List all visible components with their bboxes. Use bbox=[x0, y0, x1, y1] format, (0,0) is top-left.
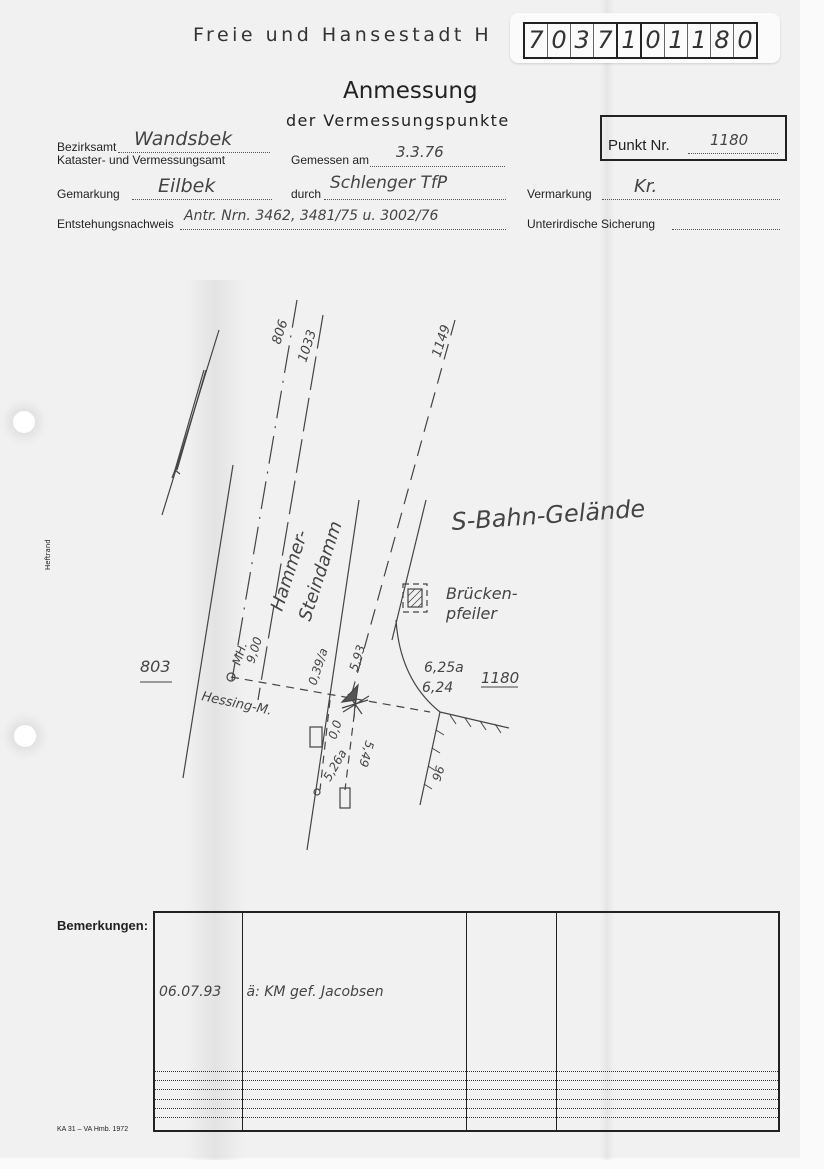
svg-text:1033: 1033 bbox=[296, 328, 320, 364]
svg-text:1180: 1180 bbox=[481, 669, 519, 687]
svg-text:6,25a: 6,25a bbox=[424, 660, 464, 676]
svg-text:Hessing-M.: Hessing-M. bbox=[200, 689, 273, 719]
remarks-cell bbox=[556, 1081, 779, 1090]
svg-text:0,0: 0,0 bbox=[326, 718, 345, 741]
remarks-row: 06.07.93ä: KM gef. Jacobsen bbox=[154, 912, 779, 1072]
remarks-cell bbox=[154, 1090, 242, 1099]
remarks-cell bbox=[154, 1117, 242, 1131]
remarks-cell bbox=[556, 1072, 779, 1081]
remarks-label: Bemerkungen: bbox=[57, 918, 148, 933]
remarks-cell: 06.07.93 bbox=[154, 912, 242, 1072]
remarks-row bbox=[154, 1090, 779, 1099]
svg-text:806: 806 bbox=[270, 318, 292, 346]
remarks-cell bbox=[242, 1108, 466, 1117]
svg-text:1149: 1149 bbox=[430, 323, 454, 359]
svg-text:6,24: 6,24 bbox=[422, 680, 453, 696]
form-id: KA 31 – VA Hmb. 1972 bbox=[57, 1126, 128, 1133]
svg-text:5,93: 5,93 bbox=[347, 643, 369, 673]
remarks-cell bbox=[556, 912, 779, 1072]
remarks-cell bbox=[154, 1108, 242, 1117]
remarks-cell bbox=[556, 1117, 779, 1131]
remarks-cell bbox=[154, 1081, 242, 1090]
remarks-cell bbox=[466, 1108, 556, 1117]
svg-text:S-Bahn-Gelände: S-Bahn-Gelände bbox=[450, 495, 646, 536]
remarks-cell: ä: KM gef. Jacobsen bbox=[242, 912, 466, 1072]
remarks-cell bbox=[242, 1072, 466, 1081]
remarks-cell bbox=[242, 1117, 466, 1131]
svg-text:9,00: 9,00 bbox=[244, 635, 266, 665]
remarks-row bbox=[154, 1099, 779, 1108]
remarks-row bbox=[154, 1108, 779, 1117]
remarks-cell bbox=[556, 1090, 779, 1099]
remarks-cell bbox=[242, 1081, 466, 1090]
remarks-row bbox=[154, 1117, 779, 1131]
svg-text:5,49: 5,49 bbox=[356, 739, 376, 768]
remarks-cell bbox=[466, 1117, 556, 1131]
remarks-table: 06.07.93ä: KM gef. Jacobsen bbox=[153, 911, 780, 1132]
remarks-cell bbox=[466, 1090, 556, 1099]
remarks-row bbox=[154, 1072, 779, 1081]
remarks-cell bbox=[466, 1072, 556, 1081]
remarks-cell bbox=[242, 1099, 466, 1108]
svg-text:0,39/a: 0,39/a bbox=[306, 646, 331, 687]
remarks-cell bbox=[242, 1090, 466, 1099]
svg-text:96: 96 bbox=[430, 764, 448, 783]
svg-text:pfeiler: pfeiler bbox=[445, 604, 498, 623]
svg-text:5,26a: 5,26a bbox=[320, 747, 349, 784]
north-arrow-icon bbox=[162, 330, 219, 515]
remarks-cell bbox=[154, 1099, 242, 1108]
remarks-cell bbox=[556, 1108, 779, 1117]
svg-text:803: 803 bbox=[140, 657, 171, 676]
remarks-cell bbox=[154, 1072, 242, 1081]
remarks-row bbox=[154, 1081, 779, 1090]
remarks-cell bbox=[466, 912, 556, 1072]
remarks-cell bbox=[466, 1081, 556, 1090]
remarks-cell bbox=[556, 1099, 779, 1108]
svg-text:Brücken-: Brücken- bbox=[446, 584, 518, 603]
remarks-cell bbox=[466, 1099, 556, 1108]
